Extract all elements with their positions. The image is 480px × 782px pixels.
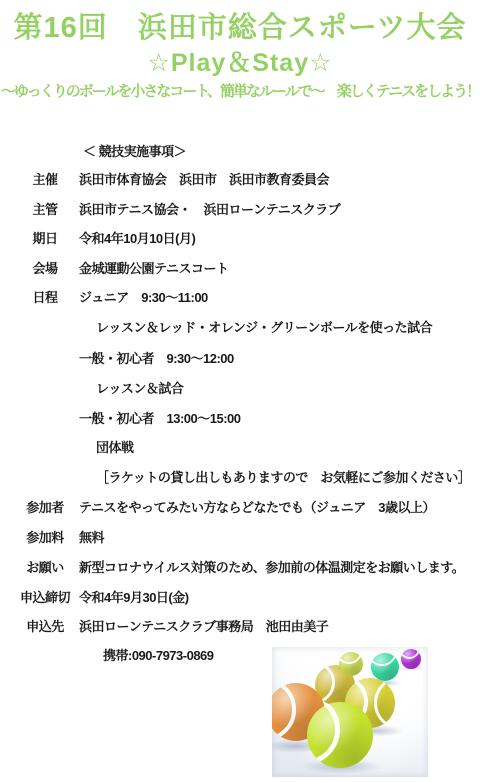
row-value: 令和4年9月30日(金) <box>79 590 189 606</box>
row-value: ジュニア 9:30～11:00 <box>79 290 208 306</box>
row-racket-note: ［ラケットの貸し出しもありますので お気軽にご参加ください］ <box>0 470 480 486</box>
row-label: 主管 <box>14 202 76 218</box>
section-heading-text: ＜ 競技実施事項＞ <box>83 144 186 160</box>
row-label: 主催 <box>14 172 76 188</box>
row-value: 金城運動公園テニスコート <box>79 261 228 277</box>
row-value: 浜田市テニス協会・ 浜田ローンテニスクラブ <box>79 202 340 218</box>
row-schedule-junior: 日程 ジュニア 9:30～11:00 <box>0 290 480 306</box>
row-label: 日程 <box>14 290 76 306</box>
ball-seam <box>371 653 397 666</box>
purple-ball <box>401 649 421 669</box>
row-value: レッスン＆試合 <box>96 381 183 397</box>
tennis-balls-photo <box>272 647 428 777</box>
section-heading: ＜ 競技実施事項＞ <box>0 144 480 160</box>
row-schedule-general-am: 一般・初心者 9:30～12:00 <box>0 351 480 367</box>
teal-ball <box>371 653 399 681</box>
event-title: 第16回 浜田市総合スポーツ大会 <box>0 5 480 46</box>
row-value: 令和4年10月10日(月) <box>79 231 195 247</box>
row-value: 一般・初心者 13:00～15:00 <box>79 411 241 427</box>
row-label: 参加者 <box>14 500 76 516</box>
row-date: 期日 令和4年10月10日(月) <box>0 231 480 247</box>
ball-seam <box>401 649 420 659</box>
ball-seam <box>374 678 395 728</box>
row-management: 主管 浜田市テニス協会・ 浜田ローンテニスクラブ <box>0 202 480 218</box>
row-label: 会場 <box>14 261 76 277</box>
row-value: 無料 <box>79 530 104 546</box>
row-value: ［ラケットの貸し出しもありますので お気軽にご参加ください］ <box>96 470 470 486</box>
ball-seam <box>307 702 340 765</box>
row-value: 新型コロナウイルス対策のため、参加前の体温測定をお願いします。 <box>79 560 464 576</box>
row-value: テニスをやってみたい方ならどなたでも（ジュニア 3歳以上） <box>79 500 435 516</box>
row-label: 参加料 <box>14 530 76 546</box>
ball-seam <box>339 652 362 664</box>
row-contact: 申込先 浜田ローンテニスクラブ事務局 池田由美子 <box>0 619 480 635</box>
row-value: 団体戦 <box>96 440 134 456</box>
row-organizer: 主催 浜田市体育協会 浜田市 浜田市教育委員会 <box>0 172 480 188</box>
big-chartreuse-ball <box>307 702 373 768</box>
row-value: 浜田市体育協会 浜田市 浜田市教育委員会 <box>79 172 329 188</box>
row-deadline: 申込締切 令和4年9月30日(金) <box>0 590 480 606</box>
flyer-page: 第16回 浜田市総合スポーツ大会 ☆Play＆Stay☆ ～ゆっくりのボールを小… <box>0 0 480 782</box>
event-tagline: ～ゆっくりのボールを小さなコート、簡単なルールで～ 楽しくテニスをしよう！ <box>0 80 480 101</box>
row-label: 申込締切 <box>14 590 76 606</box>
row-label: 申込先 <box>14 619 76 635</box>
row-schedule-junior-detail: レッスン＆レッド・オレンジ・グリーンボールを使った試合 <box>0 320 480 336</box>
small-yellow-green-ball <box>339 652 363 676</box>
row-schedule-general-pm-detail: 団体戦 <box>0 440 480 456</box>
row-covid-request: お願い 新型コロナウイルス対策のため、参加前の体温測定をお願いします。 <box>0 560 480 576</box>
row-participants: 参加者 テニスをやってみたい方ならどなたでも（ジュニア 3歳以上） <box>0 500 480 516</box>
row-label: 期日 <box>14 231 76 247</box>
ball-seam <box>272 683 296 741</box>
row-schedule-general-am-detail: レッスン＆試合 <box>0 381 480 397</box>
phone-number: 携帯:090-7973-0869 <box>103 648 214 664</box>
row-value: レッスン＆レッド・オレンジ・グリーンボールを使った試合 <box>96 320 432 336</box>
row-fee: 参加料 無料 <box>0 530 480 546</box>
row-venue: 会場 金城運動公園テニスコート <box>0 261 480 277</box>
row-label: お願い <box>14 560 76 576</box>
row-value: 浜田ローンテニスクラブ事務局 池田由美子 <box>79 619 328 635</box>
event-subtitle: ☆Play＆Stay☆ <box>0 43 480 79</box>
row-value: 一般・初心者 9:30～12:00 <box>79 351 234 367</box>
row-schedule-general-pm: 一般・初心者 13:00～15:00 <box>0 411 480 427</box>
